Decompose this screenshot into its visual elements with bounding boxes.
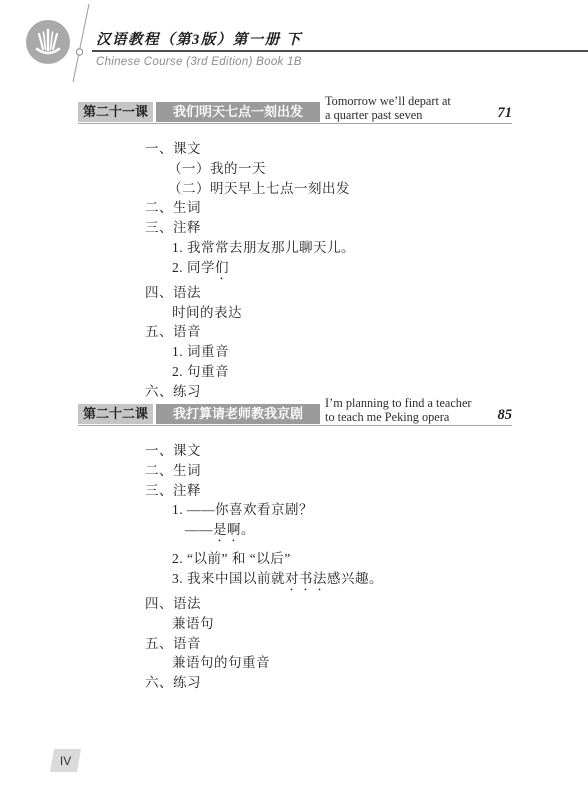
lesson-title-bar: 第二十一课 我们明天七点一刻出发 Tomorrow we’ll depart a… [78, 95, 512, 124]
lesson-title-english-line2: to teach me Peking opera [325, 411, 491, 425]
lesson-title-english-line2: a quarter past seven [325, 109, 491, 123]
toc-line: 1. 我常常去朋友那儿聊天儿。 [172, 238, 512, 258]
toc-text: 1. 我常常去朋友那儿聊天儿。 [172, 240, 355, 255]
book-title-english: Chinese Course (3rd Edition) Book 1B [96, 56, 302, 68]
toc-text: 四、语法 [145, 285, 201, 300]
toc-text: 时间的表达 [172, 305, 242, 320]
toc-text: 六、练习 [145, 675, 201, 690]
toc-text: 2. “以前” 和 “以后” [172, 551, 291, 566]
toc-line: 六、练习 [145, 673, 512, 693]
toc-line: 二、生词 [145, 198, 512, 218]
toc-line: 三、注释 [145, 481, 512, 501]
emphasized-text: 是啊 [213, 522, 241, 537]
toc-line: （一）我的一天 [168, 159, 512, 179]
toc-text: 2. 句重音 [172, 364, 229, 379]
toc-line: 3. 我来中国以前就对书法感兴趣。 [172, 569, 512, 594]
lesson-title-badge: 我们明天七点一刻出发 [156, 102, 320, 122]
lesson-section-22: 第二十二课 我打算请老师教我京剧 I’m planning to find a … [78, 397, 512, 693]
toc-line: 时间的表达 [172, 303, 512, 323]
toc-line: 三、注释 [145, 218, 512, 238]
emphasized-text: 对书法 [285, 571, 327, 586]
toc-line: 1. 词重音 [172, 342, 512, 362]
toc-line: 一、课文 [145, 139, 512, 159]
lesson-toc-list: 一、课文二、生词三、注释1. ——你喜欢看京剧？——是啊。2. “以前” 和 “… [78, 426, 512, 693]
lesson-title-english: Tomorrow we’ll depart at a quarter past … [320, 95, 491, 122]
toc-text: 五、语音 [145, 636, 201, 651]
toc-text: 3. 我来中国以前就 [172, 571, 285, 586]
lesson-page-number: 71 [492, 105, 513, 122]
toc-line: 2. 句重音 [172, 362, 512, 382]
toc-text: 二、生词 [145, 200, 201, 215]
toc-text: （二）明天早上七点一刻出发 [168, 181, 350, 196]
toc-text: 三、注释 [145, 483, 201, 498]
toc-text: 1. 词重音 [172, 344, 229, 359]
header-rule [92, 50, 588, 52]
toc-text: 感兴趣。 [327, 571, 383, 586]
toc-text: 兼语句 [172, 616, 214, 631]
toc-text: （一）我的一天 [168, 161, 266, 176]
toc-text: 1. ——你喜欢看京剧？ [172, 502, 313, 517]
page-header: 汉语教程（第3版）第一册 下 Chinese Course (3rd Editi… [0, 0, 588, 90]
toc-line: 兼语句 [172, 614, 512, 634]
toc-line: 四、语法 [145, 594, 512, 614]
toc-text: —— [185, 522, 213, 537]
toc-line: 2. “以前” 和 “以后” [172, 549, 512, 569]
toc-text: 四、语法 [145, 596, 201, 611]
lesson-title-english-line1: Tomorrow we’ll depart at [325, 95, 491, 109]
toc-line: 五、语音 [145, 322, 512, 342]
toc-line: 五、语音 [145, 634, 512, 654]
toc-line: 一、课文 [145, 441, 512, 461]
toc-text: 一、课文 [145, 443, 201, 458]
book-title-chinese: 汉语教程（第3版）第一册 下 [96, 28, 302, 49]
toc-line: （二）明天早上七点一刻出发 [168, 179, 512, 199]
toc-text: 。 [241, 522, 255, 537]
toc-line: 二、生词 [145, 461, 512, 481]
toc-line: 四、语法 [145, 283, 512, 303]
lesson-number-badge: 第二十二课 [78, 404, 153, 424]
lesson-number-badge: 第二十一课 [78, 102, 153, 122]
book-toc-page: 汉语教程（第3版）第一册 下 Chinese Course (3rd Editi… [0, 0, 588, 794]
publisher-logo-icon [25, 19, 71, 65]
toc-text: 五、语音 [145, 324, 201, 339]
toc-line: 2. 同学们 [172, 258, 512, 283]
toc-text: 兼语句的句重音 [172, 655, 270, 670]
toc-text: 2. 同学 [172, 260, 215, 275]
toc-text: 一、课文 [145, 141, 201, 156]
toc-line: 兼语句的句重音 [172, 653, 512, 673]
toc-line: ——是啊。 [185, 520, 512, 545]
emphasized-text: 们 [215, 260, 229, 275]
lesson-toc-list: 一、课文（一）我的一天（二）明天早上七点一刻出发二、生词三、注释1. 我常常去朋… [78, 124, 512, 402]
lesson-page-number: 85 [492, 407, 513, 424]
lesson-title-bar: 第二十二课 我打算请老师教我京剧 I’m planning to find a … [78, 397, 512, 426]
lesson-title-english-line1: I’m planning to find a teacher [325, 397, 491, 411]
lesson-title-badge: 我打算请老师教我京剧 [156, 404, 320, 424]
lesson-section-21: 第二十一课 我们明天七点一刻出发 Tomorrow we’ll depart a… [78, 95, 512, 402]
footer-page-number: IV [60, 754, 71, 768]
lesson-title-english: I’m planning to find a teacher to teach … [320, 397, 491, 424]
footer-page-badge: IV [50, 749, 81, 772]
toc-text: 二、生词 [145, 463, 201, 478]
toc-line: 1. ——你喜欢看京剧？ [172, 500, 512, 520]
toc-text: 三、注释 [145, 220, 201, 235]
